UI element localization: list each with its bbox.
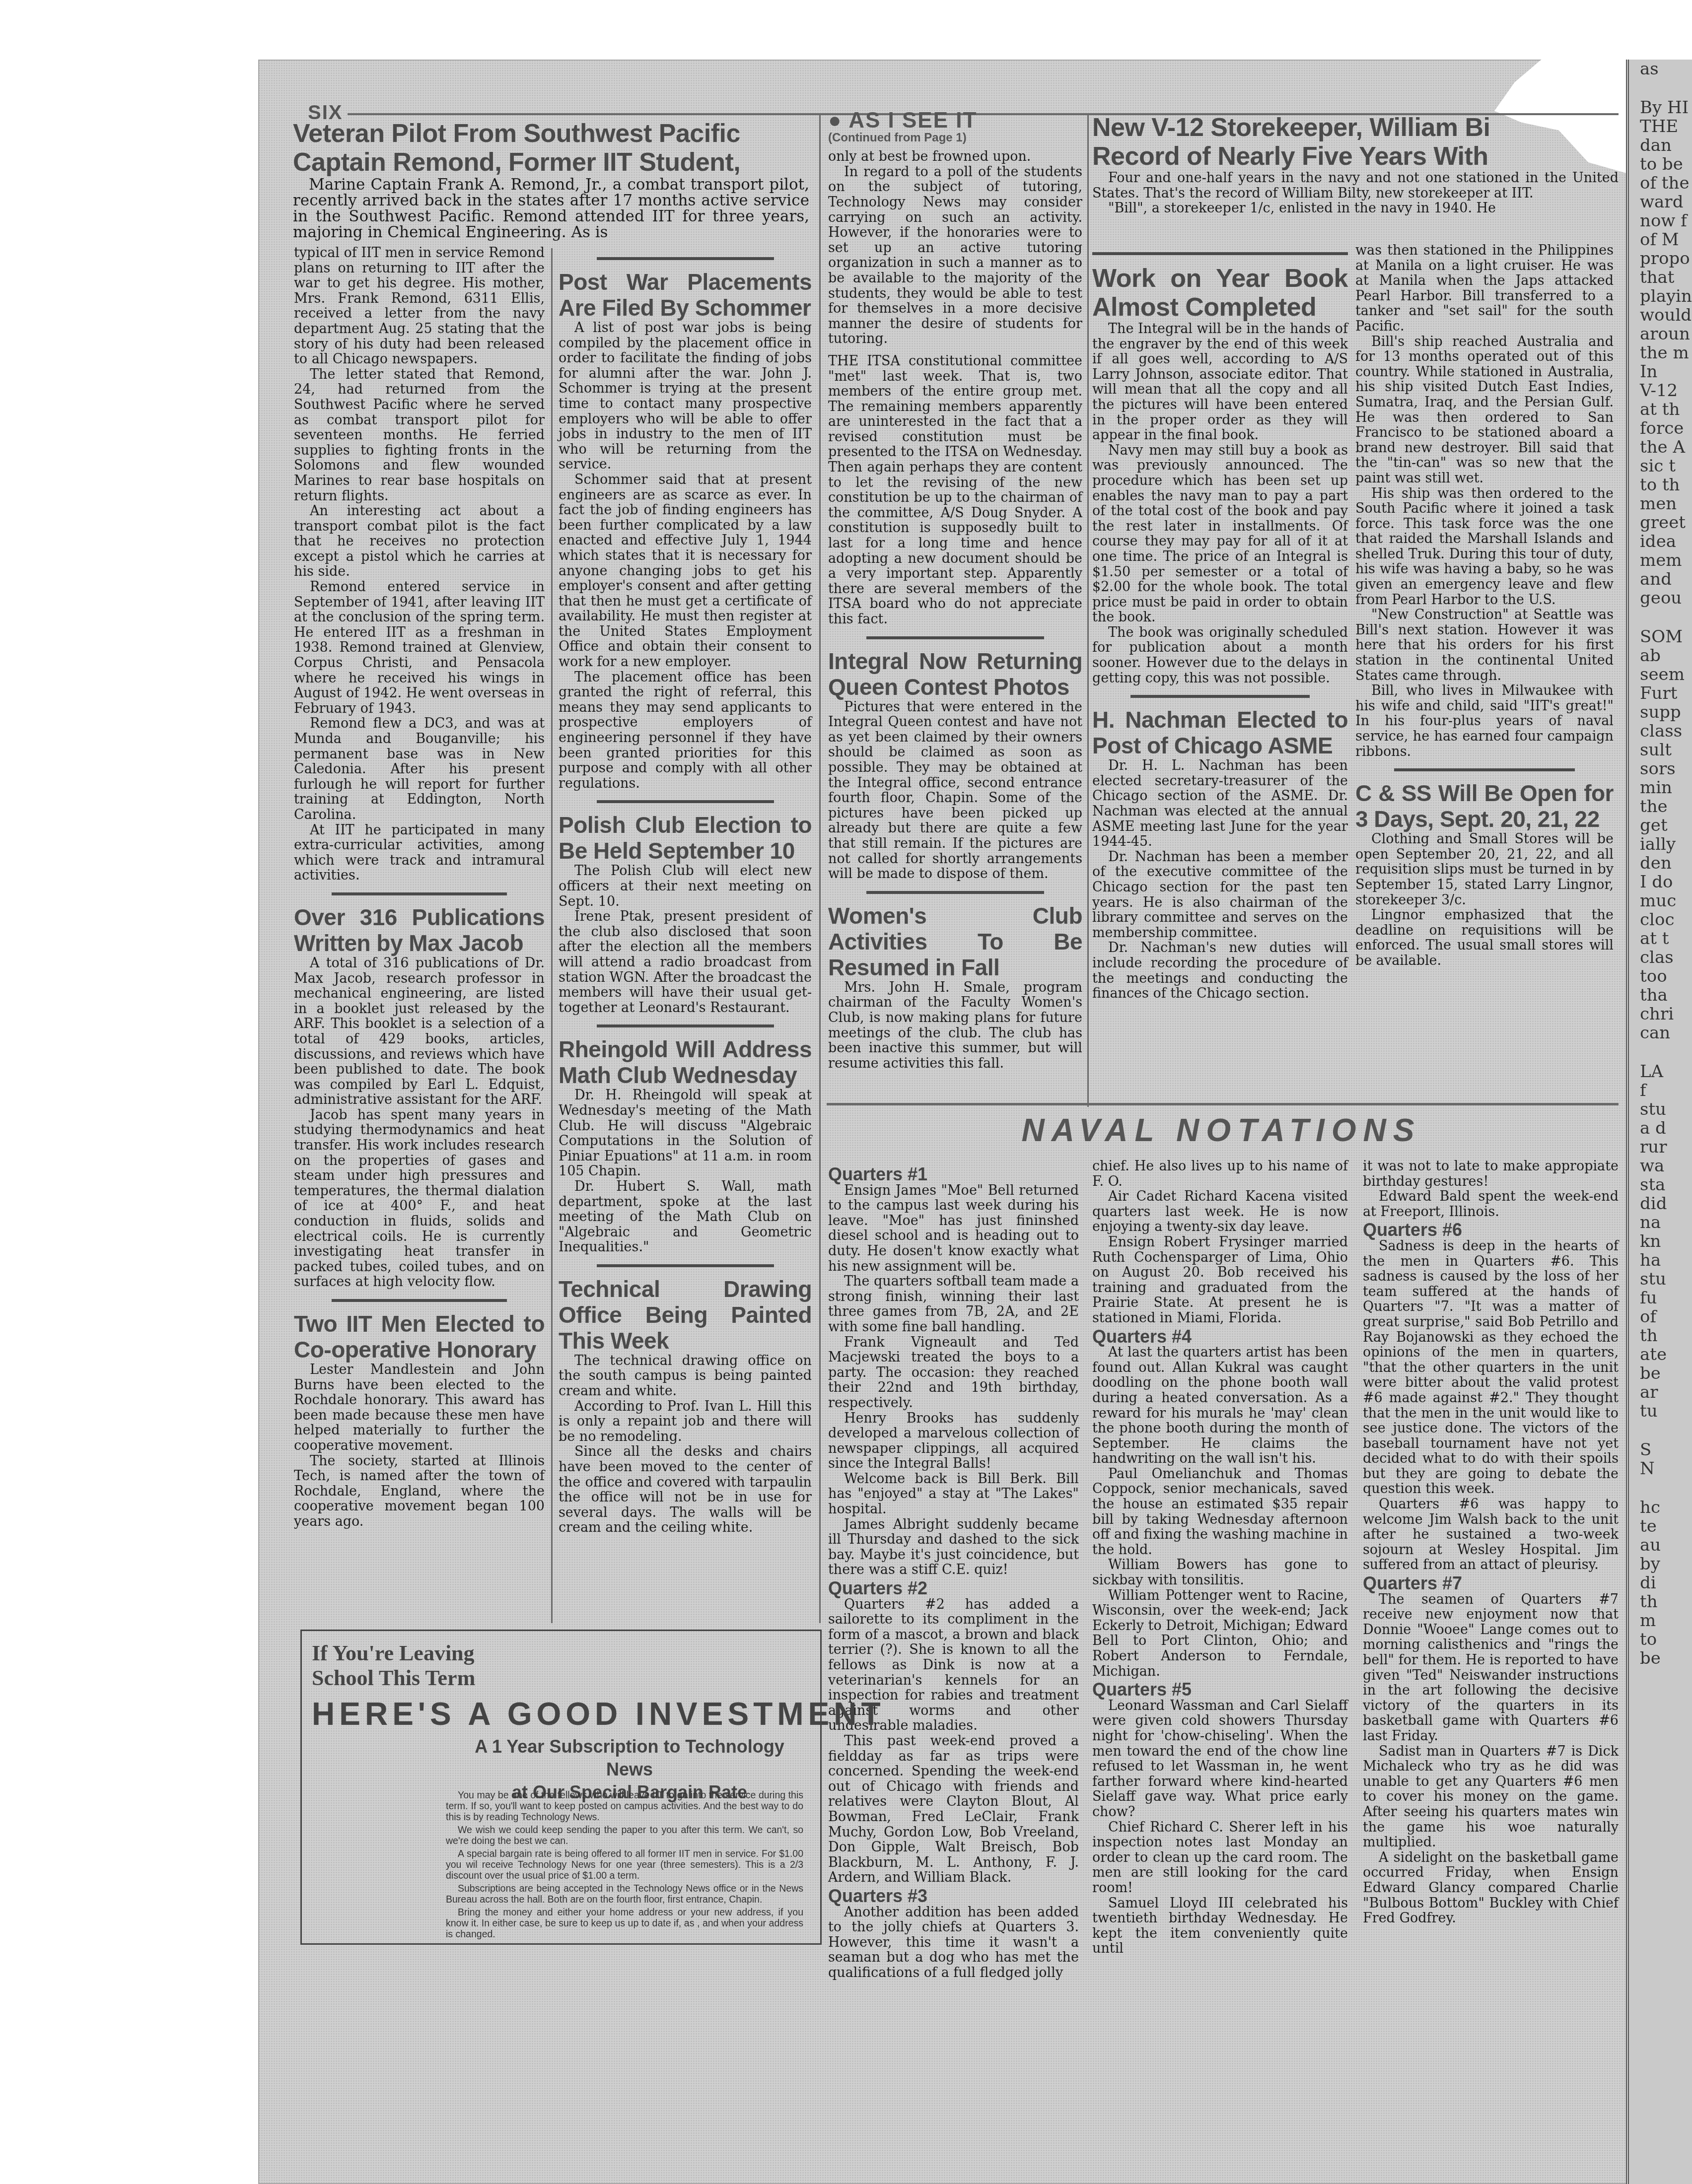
strip-line: the m [1629, 343, 1692, 362]
strip-line: the [1629, 797, 1692, 816]
strip-line: be [1629, 1649, 1692, 1668]
ad-body: You may be one of the fellows who will l… [446, 1790, 803, 1942]
quarters-heading: Quarters #1 [828, 1167, 1079, 1182]
notation-paragraph: Frank Vigneault and Ted Macjewski treate… [828, 1335, 1079, 1411]
strip-line: be [1629, 1364, 1692, 1383]
section-rule [827, 1103, 1619, 1105]
notation-paragraph: James Albright suddenly became ill Thurs… [828, 1517, 1079, 1578]
strip-line: supp [1629, 703, 1692, 722]
strip-line: hc [1629, 1498, 1692, 1517]
strip-line: Furt [1629, 684, 1692, 703]
strip-line: ate [1629, 1345, 1692, 1364]
strip-line: of M [1629, 230, 1692, 249]
strip-line: to be [1629, 155, 1692, 174]
ad-title: If You're Leaving School This Term [312, 1641, 475, 1691]
column-rule [551, 248, 553, 1623]
headline: Two IIT Men Elected to Co-operative Hono… [294, 1311, 545, 1363]
strip-line: SOM [1629, 627, 1692, 646]
divider [597, 1024, 774, 1027]
headline: Record of Nearly Five Years With [1092, 142, 1619, 171]
strip-line: clas [1629, 948, 1692, 967]
strip-line: cloc [1629, 910, 1692, 929]
column-4: Work on Year Book Almost Completed The I… [1092, 243, 1348, 1002]
strip-line: to th [1629, 476, 1692, 494]
notation-paragraph: Leonard Wassman and Carl Sielaff were gi… [1092, 1699, 1348, 1820]
strip-line: LA [1629, 1062, 1692, 1081]
strip-line: tu [1629, 1402, 1692, 1421]
strip-line: stu [1629, 1100, 1692, 1119]
strip-line [1629, 1421, 1692, 1440]
divider [1092, 252, 1348, 255]
strip-line: as [1629, 60, 1692, 78]
headline: Integral Now Returning Queen Contest Pho… [828, 648, 1082, 700]
strip-line: sors [1629, 759, 1692, 778]
quarters-heading: Quarters #2 [828, 1581, 1079, 1596]
divider [866, 891, 1044, 894]
strip-line: muc [1629, 891, 1692, 910]
divider [332, 892, 507, 895]
adjacent-page-edge: asBy HITHE danto beof thewardnow fof Mpr… [1626, 60, 1692, 2184]
notation-paragraph: Sadist man in Quarters #7 is Dick Michal… [1363, 1744, 1619, 1850]
notation-paragraph: it was not to late to make appropiate bi… [1363, 1159, 1619, 1189]
strip-line: V-12 [1629, 381, 1692, 400]
headline: Captain Remond, Former IIT Student, [293, 148, 809, 177]
headline: C & SS Will Be Open for 3 Days, Sept. 20… [1355, 780, 1614, 832]
strip-line: di [1629, 1573, 1692, 1592]
strip-line: class [1629, 722, 1692, 741]
strip-line: chri [1629, 1005, 1692, 1024]
strip-line: kn [1629, 1232, 1692, 1251]
headline: Work on Year Book Almost Completed [1092, 264, 1348, 322]
naval-column-2: chief. He also lives up to his name of F… [1092, 1159, 1348, 1957]
strip-line: of the [1629, 174, 1692, 193]
divider [332, 1299, 507, 1302]
strip-line: fu [1629, 1289, 1692, 1307]
notation-paragraph: Ensign Robert Frysinger married Ruth Coc… [1092, 1235, 1348, 1326]
column-2: Post War Placements Are Filed By Schomme… [559, 248, 812, 1536]
as-i-see-it-heading: ● AS I SEE IT [828, 113, 1082, 129]
strip-line: tha [1629, 986, 1692, 1005]
strip-line: now f [1629, 211, 1692, 230]
notation-paragraph: The quarters softball team made a strong… [828, 1274, 1079, 1335]
notation-paragraph: William Pottenger went to Racine, Wiscon… [1092, 1588, 1348, 1680]
divider [597, 257, 774, 260]
strip-line: stu [1629, 1270, 1692, 1289]
strip-line: men [1629, 494, 1692, 513]
notation-paragraph: At last the quarters artist has been fou… [1092, 1345, 1348, 1467]
strip-line: min [1629, 778, 1692, 797]
article-storekeeper: New V-12 Storekeeper, William Bi Record … [1092, 113, 1619, 216]
notation-paragraph: chief. He also lives up to his name of F… [1092, 1159, 1348, 1189]
column-5: was then stationed in the Philippines at… [1355, 243, 1614, 969]
headline: Post War Placements Are Filed By Schomme… [559, 269, 812, 321]
notation-paragraph: Samuel Lloyd III celebrated his twentiet… [1092, 1896, 1348, 1957]
strip-line: S [1629, 1440, 1692, 1459]
notation-paragraph: Paul Omelianchuk and Thomas Coppock, sen… [1092, 1467, 1348, 1558]
notation-paragraph: Welcome back is Bill Berk. Bill has "enj… [828, 1472, 1079, 1517]
notation-paragraph: A sidelight on the basketball game occur… [1363, 1850, 1619, 1926]
strip-line: den [1629, 854, 1692, 873]
strip-line: too [1629, 967, 1692, 986]
strip-line: force [1629, 419, 1692, 438]
strip-line: ially [1629, 835, 1692, 854]
strip-line: th [1629, 1326, 1692, 1345]
strip-line: ha [1629, 1251, 1692, 1270]
strip-line: dan [1629, 136, 1692, 155]
quarters-heading: Quarters #7 [1363, 1576, 1619, 1591]
column-3: ● AS I SEE IT (Continued from Page 1) on… [828, 113, 1082, 1071]
headline: Veteran Pilot From Southwest Pacific [293, 119, 809, 148]
strip-line: did [1629, 1194, 1692, 1213]
headline: Polish Club Election to Be Held Septembe… [559, 812, 812, 864]
notation-paragraph: William Bowers has gone to sickbay with … [1092, 1558, 1348, 1588]
strip-line: get [1629, 816, 1692, 835]
divider [597, 800, 774, 803]
strip-line: sult [1629, 741, 1692, 759]
quarters-heading: Quarters #4 [1092, 1329, 1348, 1345]
lead-paragraph: Marine Captain Frank A. Remond, Jr., a c… [293, 177, 809, 240]
strip-line: would [1629, 306, 1692, 325]
strip-line: at t [1629, 929, 1692, 948]
strip-line: of [1629, 1307, 1692, 1326]
naval-column-3: it was not to late to make appropiate bi… [1363, 1159, 1619, 1926]
quarters-heading: Quarters #5 [1092, 1682, 1348, 1698]
strip-line: f [1629, 1081, 1692, 1100]
column-rule [1087, 114, 1089, 1107]
strip-line: m [1629, 1611, 1692, 1630]
notation-paragraph: Another addition has been added to the j… [828, 1905, 1079, 1981]
strip-line: aroun [1629, 325, 1692, 343]
strip-line: playin [1629, 287, 1692, 306]
headline: Rheingold Will Address Math Club Wednesd… [559, 1036, 812, 1088]
naval-notations-title: NAVAL NOTATIONS [824, 1112, 1619, 1149]
strip-line: ward [1629, 193, 1692, 211]
headline: H. Nachman Elected to Post of Chicago AS… [1092, 707, 1348, 758]
strip-line: au [1629, 1536, 1692, 1555]
divider [1130, 695, 1310, 698]
continued-note: (Continued from Page 1) [828, 131, 1082, 146]
strip-line [1629, 1478, 1692, 1498]
strip-line: geou [1629, 589, 1692, 608]
headline: Women's Club Activities To Be Resumed in… [828, 903, 1082, 980]
strip-line: rur [1629, 1138, 1692, 1157]
strip-line: N [1629, 1459, 1692, 1478]
strip-line: mem [1629, 551, 1692, 570]
notation-paragraph: Quarters #6 was happy to welcome Jim Wal… [1363, 1497, 1619, 1573]
strip-line: that [1629, 268, 1692, 287]
strip-line: wa [1629, 1157, 1692, 1175]
strip-line: na [1629, 1213, 1692, 1232]
divider [1394, 768, 1575, 771]
strip-line [1629, 1042, 1692, 1062]
strip-line: th [1629, 1592, 1692, 1611]
naval-column-1: Quarters #1Ensign James "Moe" Bell retur… [828, 1164, 1079, 1980]
strip-line: can [1629, 1024, 1692, 1042]
strip-line: ab [1629, 646, 1692, 665]
strip-line: ar [1629, 1383, 1692, 1402]
divider [597, 1264, 774, 1267]
notation-paragraph: This past week-end proved a fieldday as … [828, 1734, 1079, 1886]
subscription-ad: If You're Leaving School This Term HERE'… [300, 1630, 822, 1945]
strip-line: at th [1629, 400, 1692, 419]
divider [866, 636, 1044, 639]
strip-line: sta [1629, 1175, 1692, 1194]
strip-line: idea [1629, 532, 1692, 551]
strip-line: the A [1629, 438, 1692, 457]
strip-line [1629, 608, 1692, 627]
headline: Technical Drawing Office Being Painted T… [559, 1276, 812, 1354]
strip-line [1629, 78, 1692, 98]
ad-banner: HERE'S A GOOD INVESTMENT [312, 1696, 808, 1732]
strip-line: by [1629, 1555, 1692, 1573]
article-veteran-pilot: Veteran Pilot From Southwest Pacific Cap… [293, 119, 809, 240]
strip-line: By HI [1629, 98, 1692, 117]
notation-paragraph: Henry Brooks has suddenly developed a ma… [828, 1411, 1079, 1472]
notation-paragraph: Ensign James "Moe" Bell returned to the … [828, 1183, 1079, 1275]
strip-line: I do [1629, 873, 1692, 891]
quarters-heading: Quarters #3 [828, 1889, 1079, 1904]
notation-paragraph: Chief Richard C. Sherer left in his insp… [1092, 1820, 1348, 1896]
column-rule [819, 114, 821, 1623]
strip-line: and [1629, 570, 1692, 589]
strip-line: THE [1629, 117, 1692, 136]
notation-paragraph: Edward Bald spent the week-end at Freepo… [1363, 1189, 1619, 1220]
strip-line: greet [1629, 513, 1692, 532]
strip-line: te [1629, 1517, 1692, 1536]
strip-line: In [1629, 362, 1692, 381]
column-1: typical of IIT men in service Remond pla… [294, 246, 545, 1530]
quarters-heading: Quarters #6 [1363, 1223, 1619, 1238]
strip-line: to [1629, 1630, 1692, 1649]
notation-paragraph: Sadness is deep in the hearts of the men… [1363, 1239, 1619, 1497]
headline: New V-12 Storekeeper, William Bi [1092, 113, 1619, 142]
strip-line: seem [1629, 665, 1692, 684]
headline: Over 316 Publications Written by Max Jac… [294, 904, 545, 956]
strip-line: sic t [1629, 457, 1692, 476]
strip-line: a d [1629, 1119, 1692, 1138]
notation-paragraph: The seamen of Quarters #7 receive new en… [1363, 1592, 1619, 1744]
notation-paragraph: Air Cadet Richard Kacena visited quarter… [1092, 1189, 1348, 1235]
strip-line: propo [1629, 249, 1692, 268]
